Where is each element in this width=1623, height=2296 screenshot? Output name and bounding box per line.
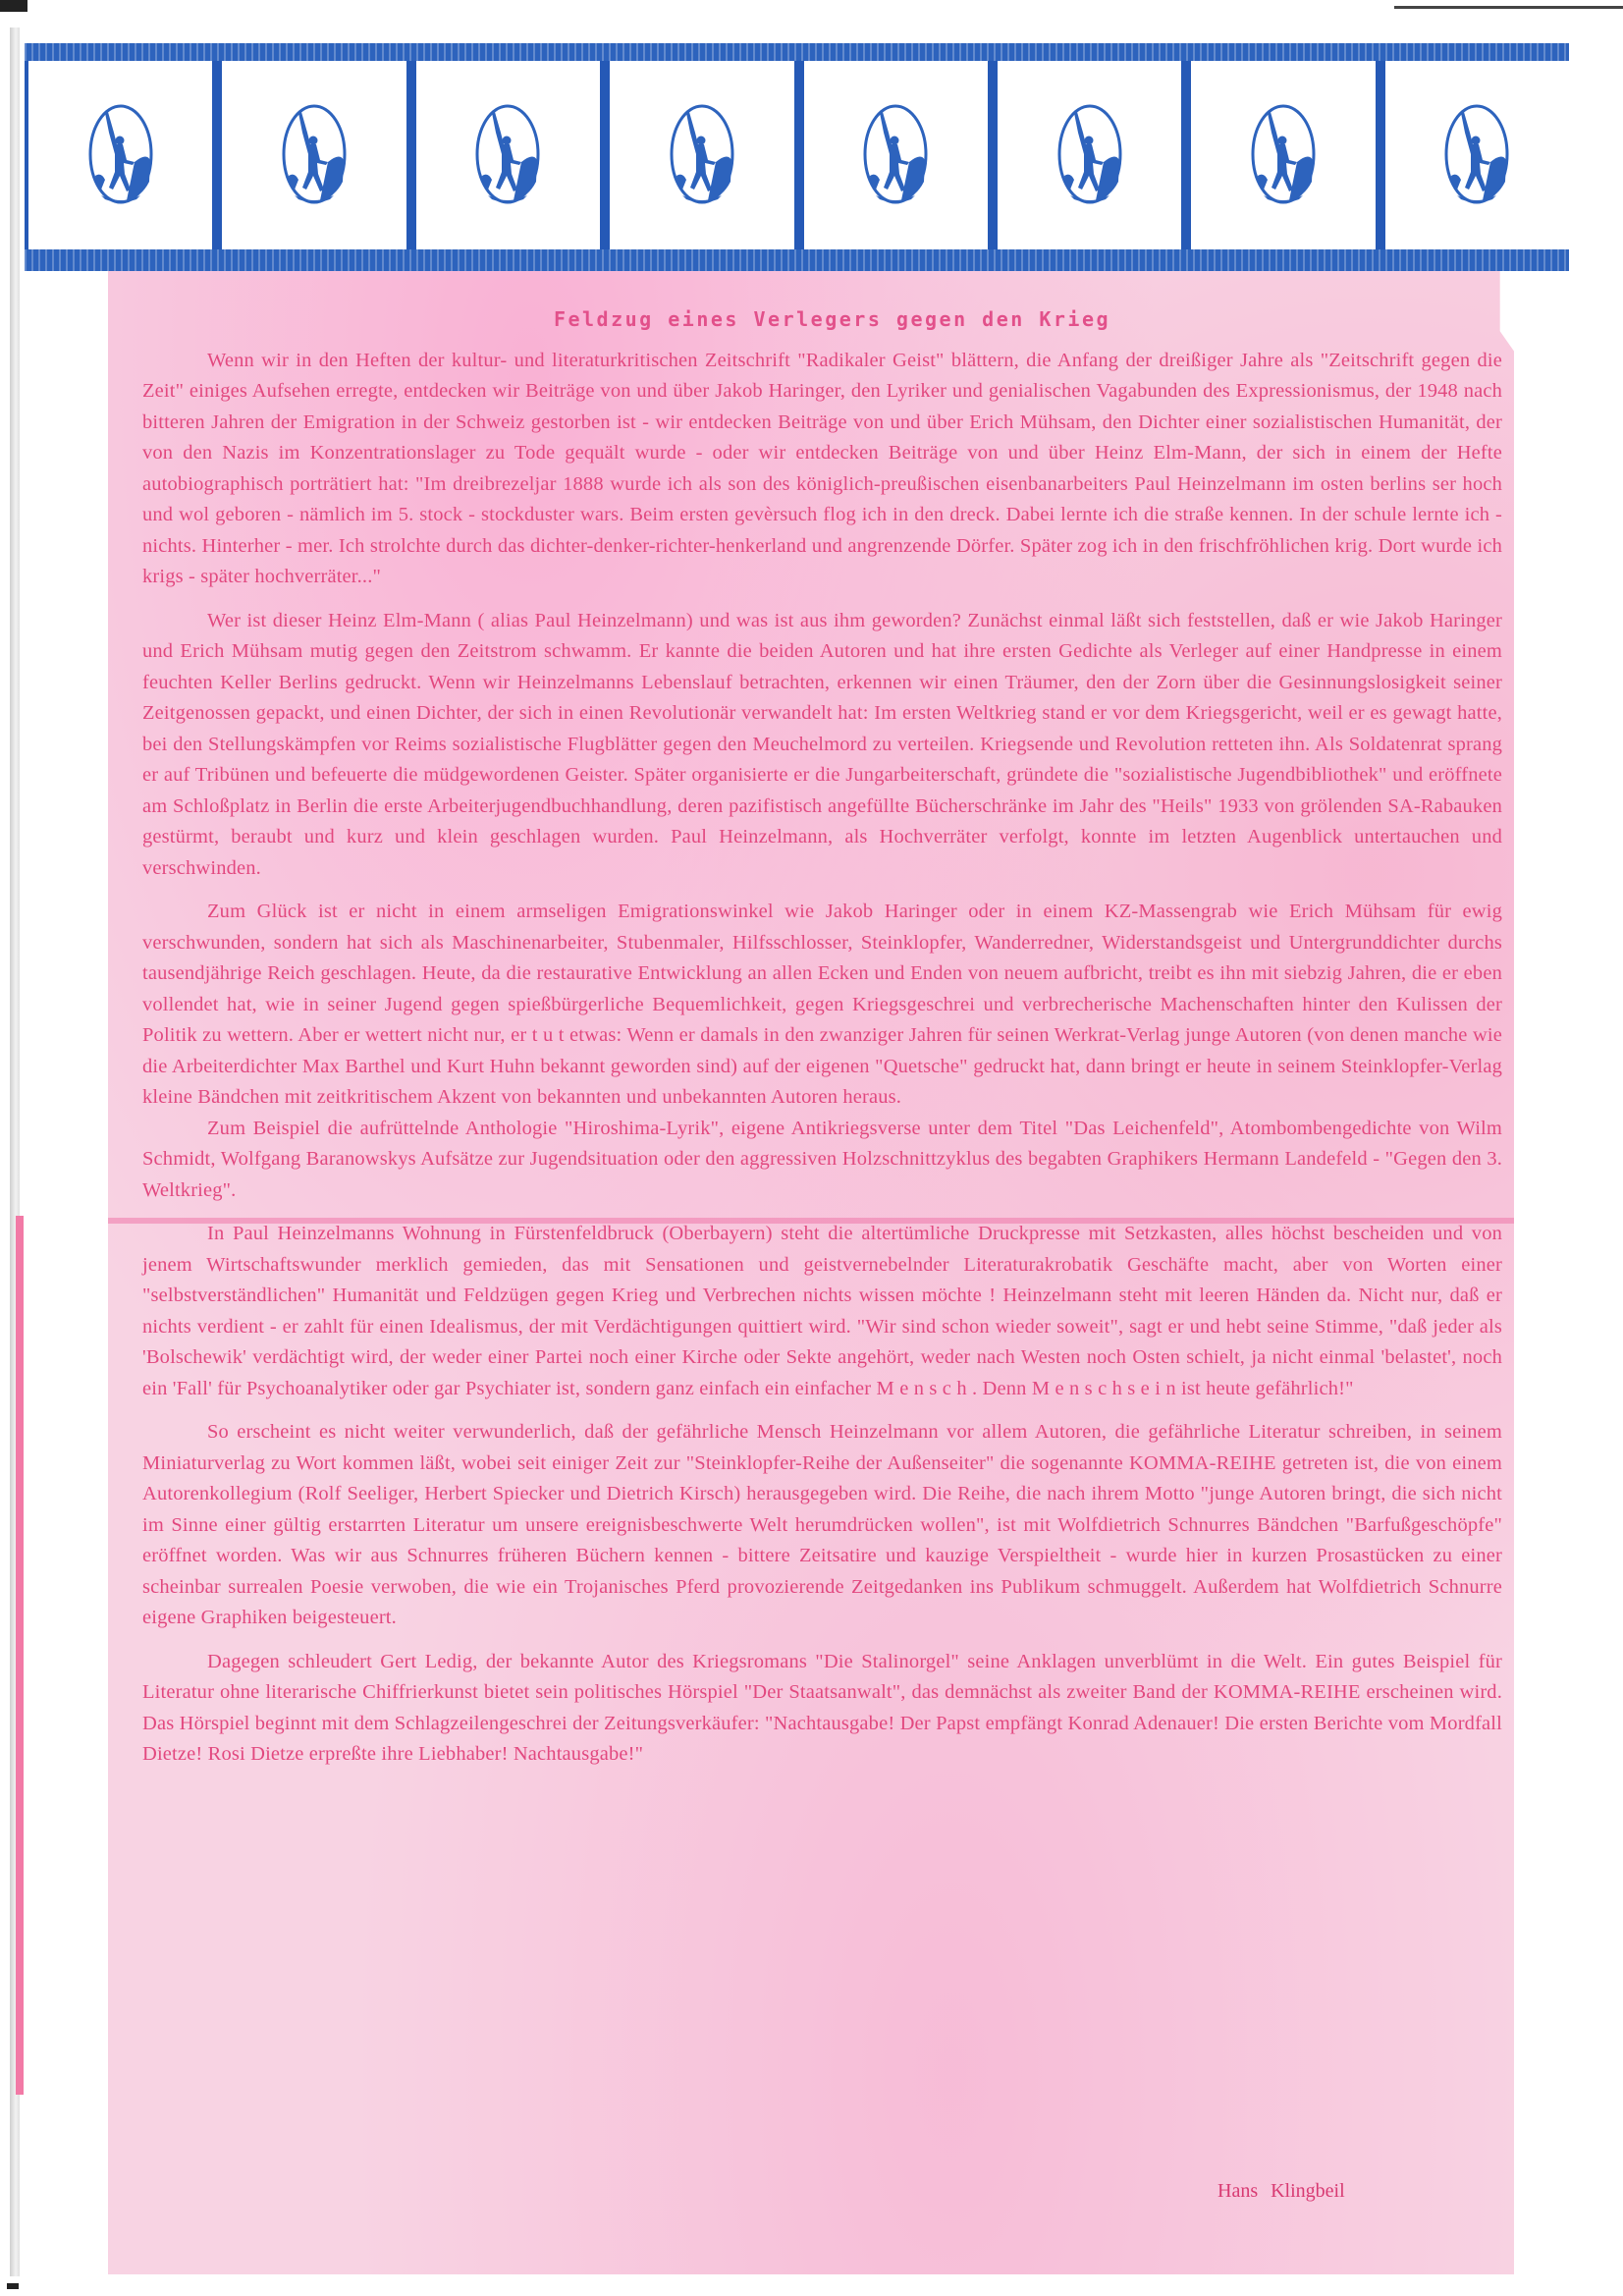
band-cells xyxy=(25,61,1569,251)
stamp-cell xyxy=(600,61,793,251)
paragraph: In Paul Heinzelmanns Wohnung in Fürstenf… xyxy=(142,1219,1502,1404)
stamp-cell xyxy=(212,61,406,251)
paragraph: Zum Beispiel die aufrüttelnde Anthologie… xyxy=(142,1114,1502,1207)
paragraph: So erscheint es nicht weiter verwunderli… xyxy=(142,1417,1502,1634)
paragraph: Wenn wir in den Heften der kultur- und l… xyxy=(142,346,1502,593)
band-bottom-strip xyxy=(25,249,1569,271)
globe-atlas-figure-icon xyxy=(1056,103,1123,209)
stamp-band xyxy=(25,43,1569,271)
globe-atlas-figure-icon xyxy=(1443,103,1510,209)
scan-top-rule xyxy=(1394,6,1623,9)
paragraph: Zum Glück ist er nicht in einem armselig… xyxy=(142,897,1502,1114)
stamp-cell xyxy=(988,61,1181,251)
stamp-cell xyxy=(25,61,212,251)
globe-atlas-figure-icon xyxy=(474,103,541,209)
globe-atlas-figure-icon xyxy=(669,103,735,209)
article-title: Feldzug eines Verlegers gegen den Krieg xyxy=(142,304,1502,336)
paragraph: Dagegen schleudert Gert Ledig, der bekan… xyxy=(142,1647,1502,1771)
article: Feldzug eines Verlegers gegen den Krieg … xyxy=(142,304,1502,1783)
globe-atlas-figure-icon xyxy=(1250,103,1317,209)
stamp-cell xyxy=(794,61,988,251)
paragraph: Wer ist dieser Heinz Elm-Mann ( alias Pa… xyxy=(142,606,1502,885)
globe-atlas-figure-icon xyxy=(87,103,154,209)
author-signature: Hans Klingbeil xyxy=(1217,2180,1345,2203)
band-top-strip xyxy=(25,43,1569,63)
scan-bottom-mark xyxy=(7,2283,19,2289)
stamp-cell xyxy=(1181,61,1375,251)
stamp-cell xyxy=(1376,61,1569,251)
globe-atlas-figure-icon xyxy=(281,103,348,209)
binding-pink-stripe xyxy=(16,1216,24,2095)
stamp-cell xyxy=(406,61,600,251)
globe-atlas-figure-icon xyxy=(862,103,929,209)
